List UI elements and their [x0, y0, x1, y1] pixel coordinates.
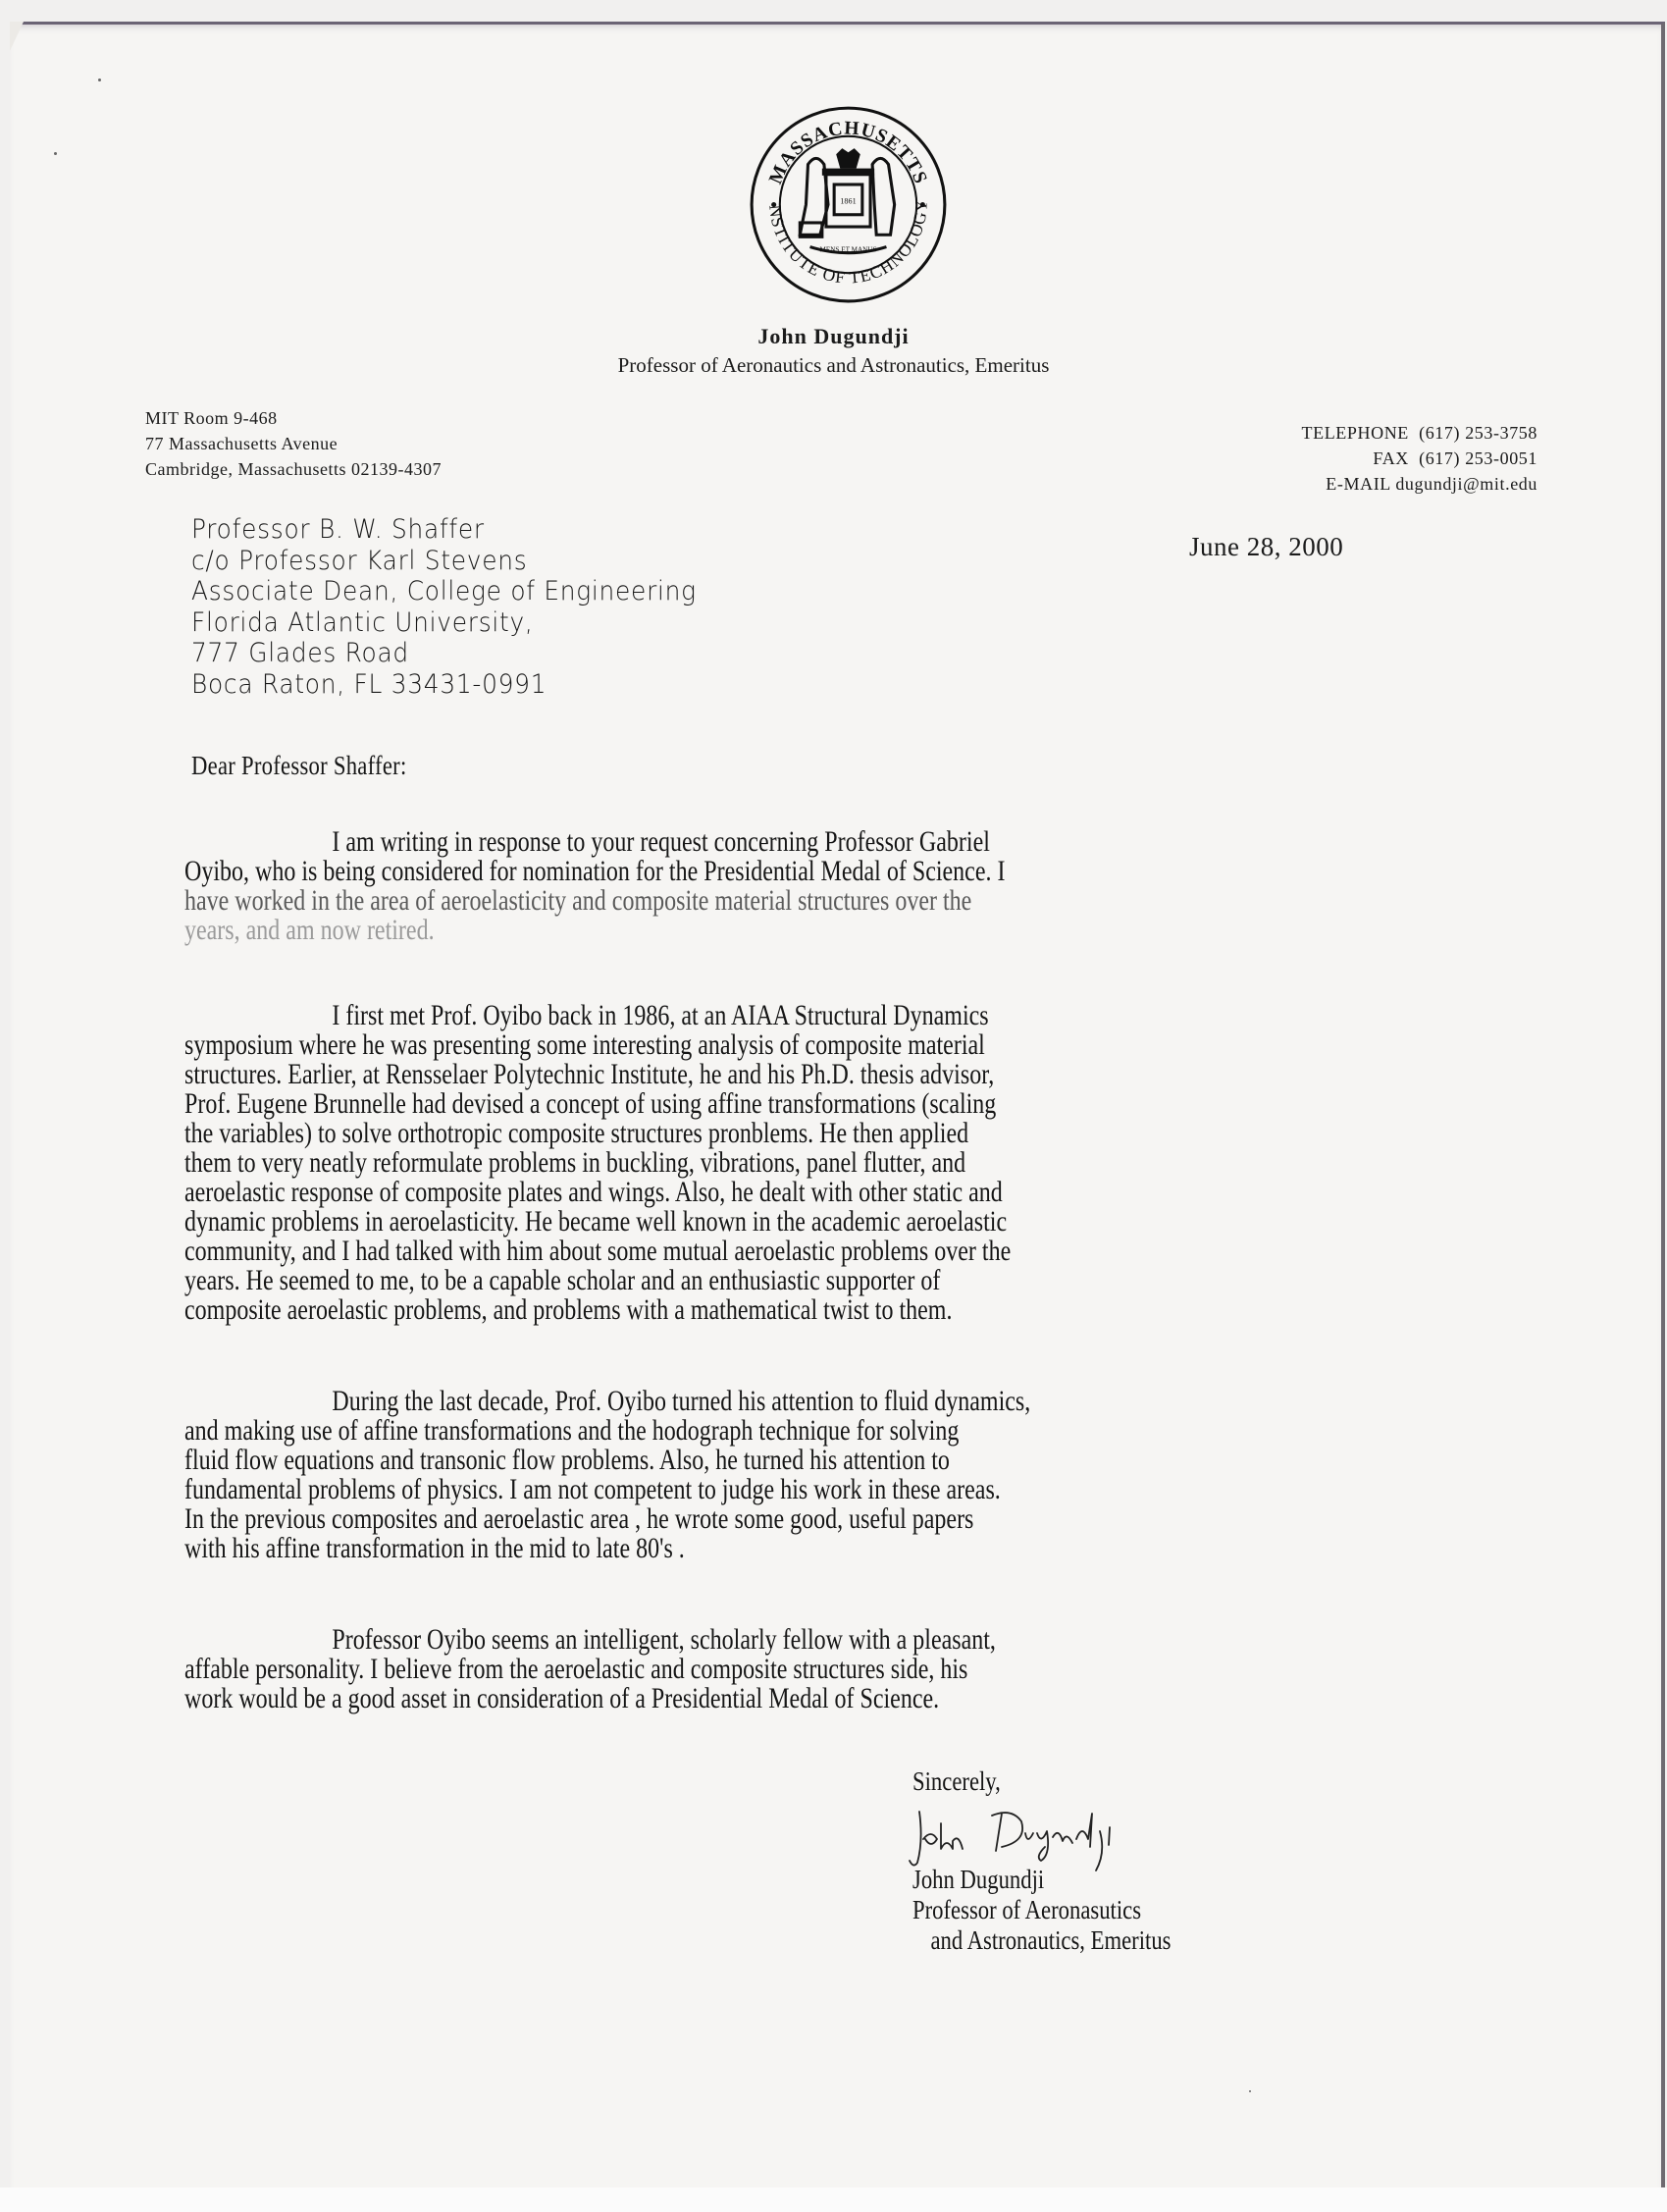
sender-address: MIT Room 9-468 77 Massachusetts Avenue C…	[145, 405, 442, 482]
signer-name: John Dugundji	[912, 1865, 1172, 1895]
paragraph-2: I first met Prof. Oyibo back in 1986, at…	[184, 1001, 1519, 1325]
salutation: Dear Professor Shaffer:	[191, 751, 407, 781]
telephone-line: TELEPHONE (617) 253-3758	[1302, 420, 1537, 446]
paragraph-1: I am writing in response to your request…	[184, 827, 1519, 945]
telephone-value: (617) 253-3758	[1419, 423, 1537, 443]
recipient-line: 777 Glades Road	[191, 638, 697, 669]
paper-speck	[54, 152, 57, 155]
handwritten-signature: John Dugundji	[908, 1804, 1280, 1872]
body-line: I first met Prof. Oyibo back in 1986, at…	[184, 1001, 1252, 1030]
recipient-line: Boca Raton, FL 33431-0991	[191, 669, 697, 701]
letterhead-name: John Dugundji	[0, 324, 1667, 349]
address-line: Cambridge, Massachusetts 02139-4307	[145, 456, 442, 482]
closing: Sincerely,	[912, 1766, 1017, 1797]
mit-seal-logo: MASSACHUSETTS INSTITUTE OF TECHNOLOGY 18…	[748, 104, 949, 305]
body-line: dynamic problems in aeroelasticity. He b…	[184, 1207, 1252, 1237]
letter-date: June 28, 2000	[1189, 532, 1343, 562]
fax-line: FAX (617) 253-0051	[1302, 446, 1537, 471]
svg-text:1861: 1861	[840, 196, 856, 205]
body-line: structures. Earlier, at Rensselaer Polyt…	[184, 1060, 1252, 1089]
scanner-bed-edge	[0, 2187, 1667, 2212]
paragraph-3: During the last decade, Prof. Oyibo turn…	[184, 1387, 1519, 1563]
body-line: with his affine transformation in the mi…	[184, 1534, 1252, 1563]
folded-corner	[10, 22, 24, 51]
address-line: 77 Massachusetts Avenue	[145, 431, 442, 456]
body-line: affable personality. I believe from the …	[184, 1655, 1252, 1684]
email-label: E-MAIL	[1326, 474, 1390, 494]
body-line: community, and I had talked with him abo…	[184, 1237, 1252, 1266]
body-line: the variables) to solve orthotropic comp…	[184, 1119, 1252, 1148]
recipient-line: Associate Dean, College of Engineering	[191, 576, 697, 607]
fax-value: (617) 253-0051	[1419, 448, 1537, 468]
body-line: Professor Oyibo seems an intelligent, sc…	[184, 1625, 1252, 1655]
signature-block: John Dugundji Professor of Aeronasutics …	[912, 1865, 1221, 1956]
body-line: work would be a good asset in considerat…	[184, 1684, 1252, 1713]
body-line: Prof. Eugene Brunnelle had devised a con…	[184, 1089, 1252, 1119]
body-line: aeroelastic response of composite plates…	[184, 1178, 1252, 1207]
email-line: E-MAIL dugundji@mit.edu	[1302, 471, 1537, 497]
body-line: fundamental problems of physics. I am no…	[184, 1475, 1252, 1504]
body-line: fluid flow equations and transonic flow …	[184, 1446, 1252, 1475]
paper-speck	[98, 79, 101, 81]
recipient-line: c/o Professor Karl Stevens	[191, 546, 697, 577]
body-line: Oyibo, who is being considered for nomin…	[184, 857, 1252, 886]
body-line: years, and am now retired.	[184, 916, 1252, 945]
body-line: composite aeroelastic problems, and prob…	[184, 1295, 1252, 1325]
paragraph-4: Professor Oyibo seems an intelligent, sc…	[184, 1625, 1519, 1713]
contact-info: TELEPHONE (617) 253-3758 FAX (617) 253-0…	[1302, 420, 1537, 497]
address-line: MIT Room 9-468	[145, 405, 442, 431]
body-line: and making use of affine transformations…	[184, 1416, 1252, 1446]
body-line: symposium where he was presenting some i…	[184, 1030, 1252, 1060]
body-line: In the previous composites and aeroelast…	[184, 1504, 1252, 1534]
svg-text:MENS ET MANUS: MENS ET MANUS	[820, 246, 877, 254]
body-line: I am writing in response to your request…	[184, 827, 1252, 857]
body-line: them to very neatly reformulate problems…	[184, 1148, 1252, 1178]
signer-title-line: and Astronautics, Emeritus	[912, 1925, 1172, 1956]
signer-title-line: Professor of Aeronasutics	[912, 1895, 1172, 1925]
body-line: years. He seemed to me, to be a capable …	[184, 1266, 1252, 1295]
closing-text: Sincerely,	[912, 1766, 1001, 1797]
body-line: have worked in the area of aeroelasticit…	[184, 886, 1252, 916]
telephone-label: TELEPHONE	[1302, 423, 1409, 443]
recipient-line: Professor B. W. Shaffer	[191, 514, 697, 546]
letterhead-title: Professor of Aeronautics and Astronautic…	[0, 353, 1667, 378]
fax-label: FAX	[1373, 448, 1408, 468]
email-value: dugundji@mit.edu	[1395, 474, 1537, 494]
recipient-address: Professor B. W. Shaffer c/o Professor Ka…	[191, 514, 697, 700]
paper-speck	[1249, 2090, 1251, 2092]
body-line: During the last decade, Prof. Oyibo turn…	[184, 1387, 1252, 1416]
recipient-line: Florida Atlantic University,	[191, 607, 697, 639]
scanned-page: MASSACHUSETTS INSTITUTE OF TECHNOLOGY 18…	[0, 0, 1667, 2212]
